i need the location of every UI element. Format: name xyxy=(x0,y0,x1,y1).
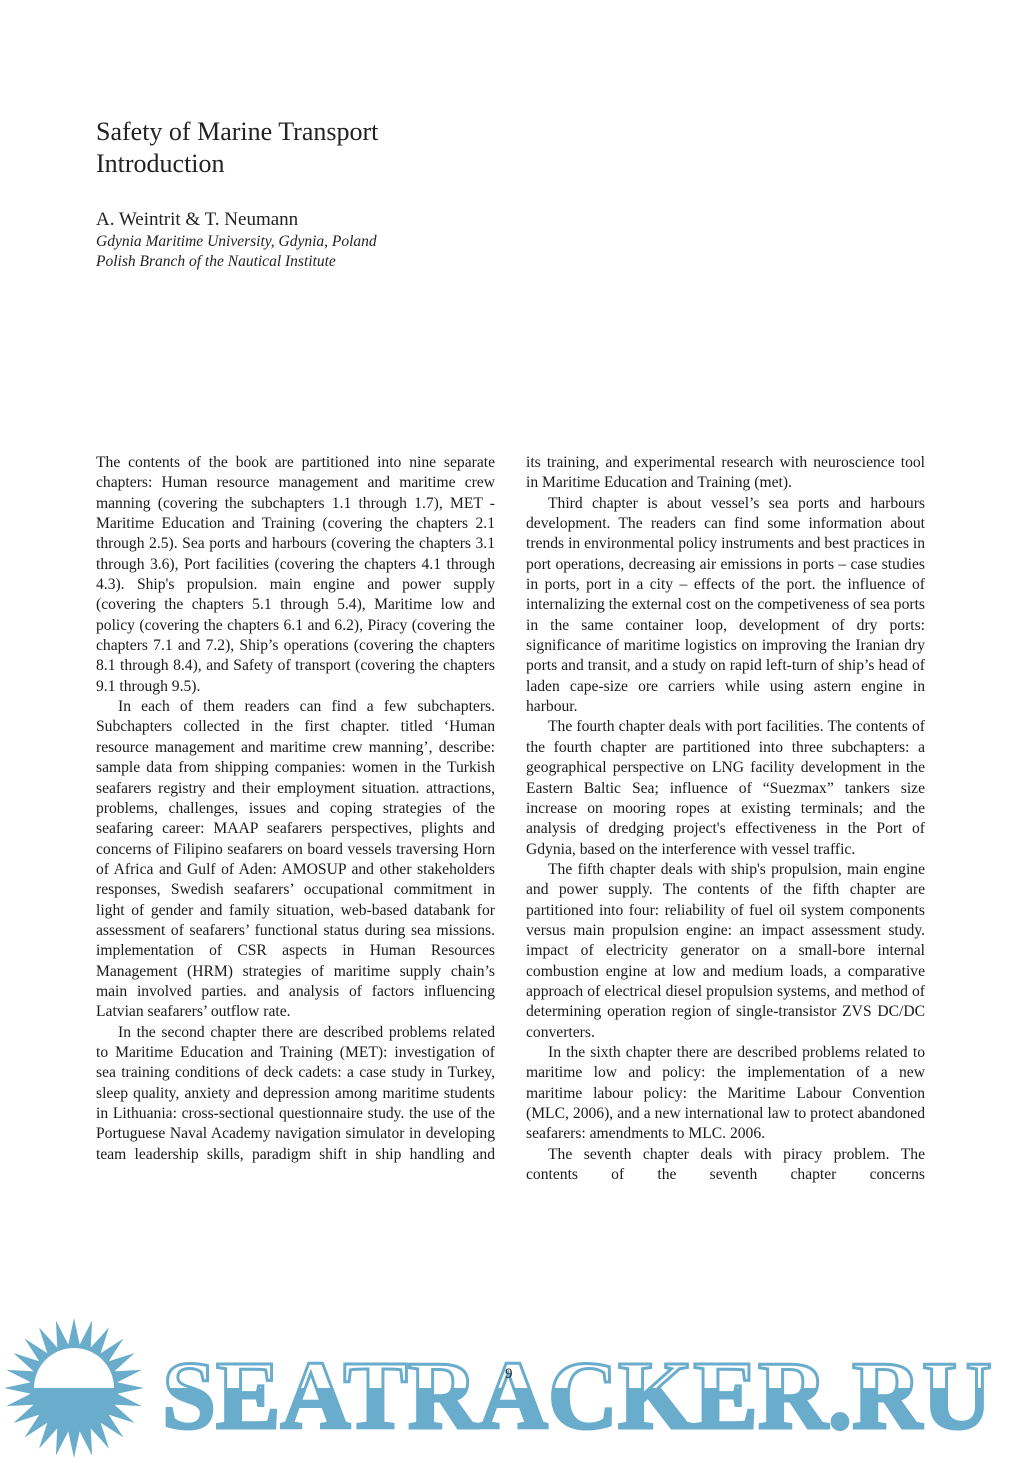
svg-text:SEATRACKER.RU: SEATRACKER.RU xyxy=(162,1342,992,1450)
author-names: A. Weintrit & T. Neumann xyxy=(96,208,596,232)
affiliation-university: Gdynia Maritime University, Gdynia, Pola… xyxy=(96,232,596,252)
body-paragraph: The seventh chapter deals with piracy pr… xyxy=(526,1145,925,1186)
body-paragraph: The contents of the book are partitioned… xyxy=(96,453,495,697)
body-paragraph: its training, and experimental research … xyxy=(526,453,925,494)
left-text-column: The contents of the book are partitioned… xyxy=(96,453,495,1165)
body-paragraph: In the sixth chapter there are described… xyxy=(526,1043,925,1145)
paper-subtitle: Introduction xyxy=(96,148,596,180)
body-paragraph: Third chapter is about vessel’s sea port… xyxy=(526,494,925,718)
sun-over-sea-icon xyxy=(4,1318,144,1458)
watermark-wordmark: SEATRACKER.RU SEATRACKER.RU xyxy=(162,1342,992,1450)
body-paragraph: The fifth chapter deals with ship's prop… xyxy=(526,860,925,1043)
seatracker-watermark: SEATRACKER.RU SEATRACKER.RU xyxy=(0,1310,1013,1463)
body-paragraph: The fourth chapter deals with port facil… xyxy=(526,717,925,859)
paper-title: Safety of Marine Transport xyxy=(96,116,596,148)
paper-title-block: Safety of Marine Transport Introduction xyxy=(96,116,596,180)
page-number: 9 xyxy=(505,1366,513,1383)
body-paragraph: In each of them readers can find a few s… xyxy=(96,697,495,1023)
author-block: A. Weintrit & T. Neumann Gdynia Maritime… xyxy=(96,208,596,272)
right-text-column: its training, and experimental research … xyxy=(526,453,925,1185)
body-paragraph: In the second chapter there are describe… xyxy=(96,1023,495,1165)
svg-text:SEATRACKER.RU: SEATRACKER.RU xyxy=(162,1342,992,1450)
affiliation-institute: Polish Branch of the Nautical Institute xyxy=(96,252,596,272)
